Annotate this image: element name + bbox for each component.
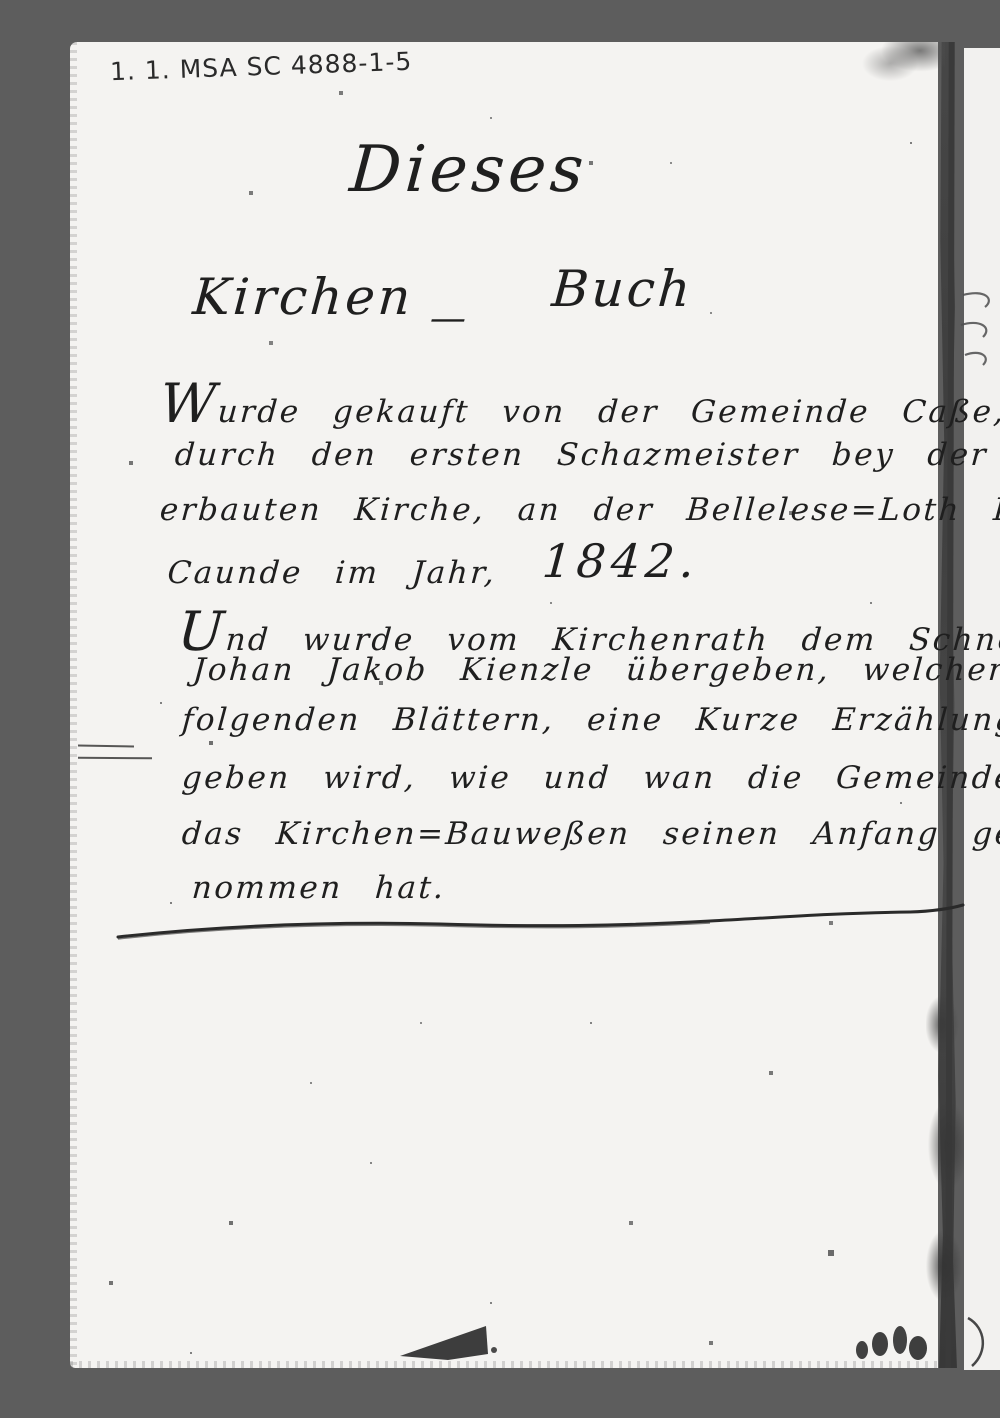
paper-edge-noise-left [70, 42, 77, 1368]
scanned-manuscript-page: 1. 1. MSA SC 4888-1-5 Dieses Kirchen — B… [0, 0, 1000, 1418]
paragraph2-line4: geben wird, wie und wan die Gemeinde und [181, 760, 1000, 796]
next-page-ink-squiggle [955, 285, 1000, 375]
paragraph1-line3: erbauten Kirche, an der Bellelese=Loth B… [159, 492, 1000, 528]
paragraph2-line3: folgenden Blättern, eine Kurze Erzählung [181, 702, 1000, 738]
title-dash: — [429, 298, 468, 339]
year-1842: 1842. [541, 534, 701, 588]
paper-speckles [70, 42, 72, 44]
handdrawn-divider-line [110, 895, 970, 955]
binding-ink-blotches [926, 990, 966, 1335]
bottom-ink-wedge [390, 1320, 510, 1370]
paragraph2-line2: Johan Jakob Kienzle übergeben, welcher i… [192, 652, 1000, 688]
paragraph1-line4-text: Caunde im Jahr, [166, 555, 498, 591]
paragraph1-line2: durch den ersten Schazmeister bey der ne… [174, 437, 1000, 473]
title-word-buch: Buch [550, 260, 695, 318]
paragraph2-line5: das Kirchen=Bauweßen seinen Anfang ge= [181, 816, 1000, 852]
paragraph1-line4: Caunde im Jahr,1842. [166, 540, 700, 594]
title-word-kirchen: Kirchen [191, 268, 415, 326]
bottom-right-ink-blobs [840, 1316, 990, 1370]
title-word-dieses: Dieses [347, 133, 589, 207]
paragraph1-line1: Wurde gekauft von der Gemeinde Caße, [158, 372, 1000, 435]
top-right-scan-smudge [845, 42, 945, 114]
